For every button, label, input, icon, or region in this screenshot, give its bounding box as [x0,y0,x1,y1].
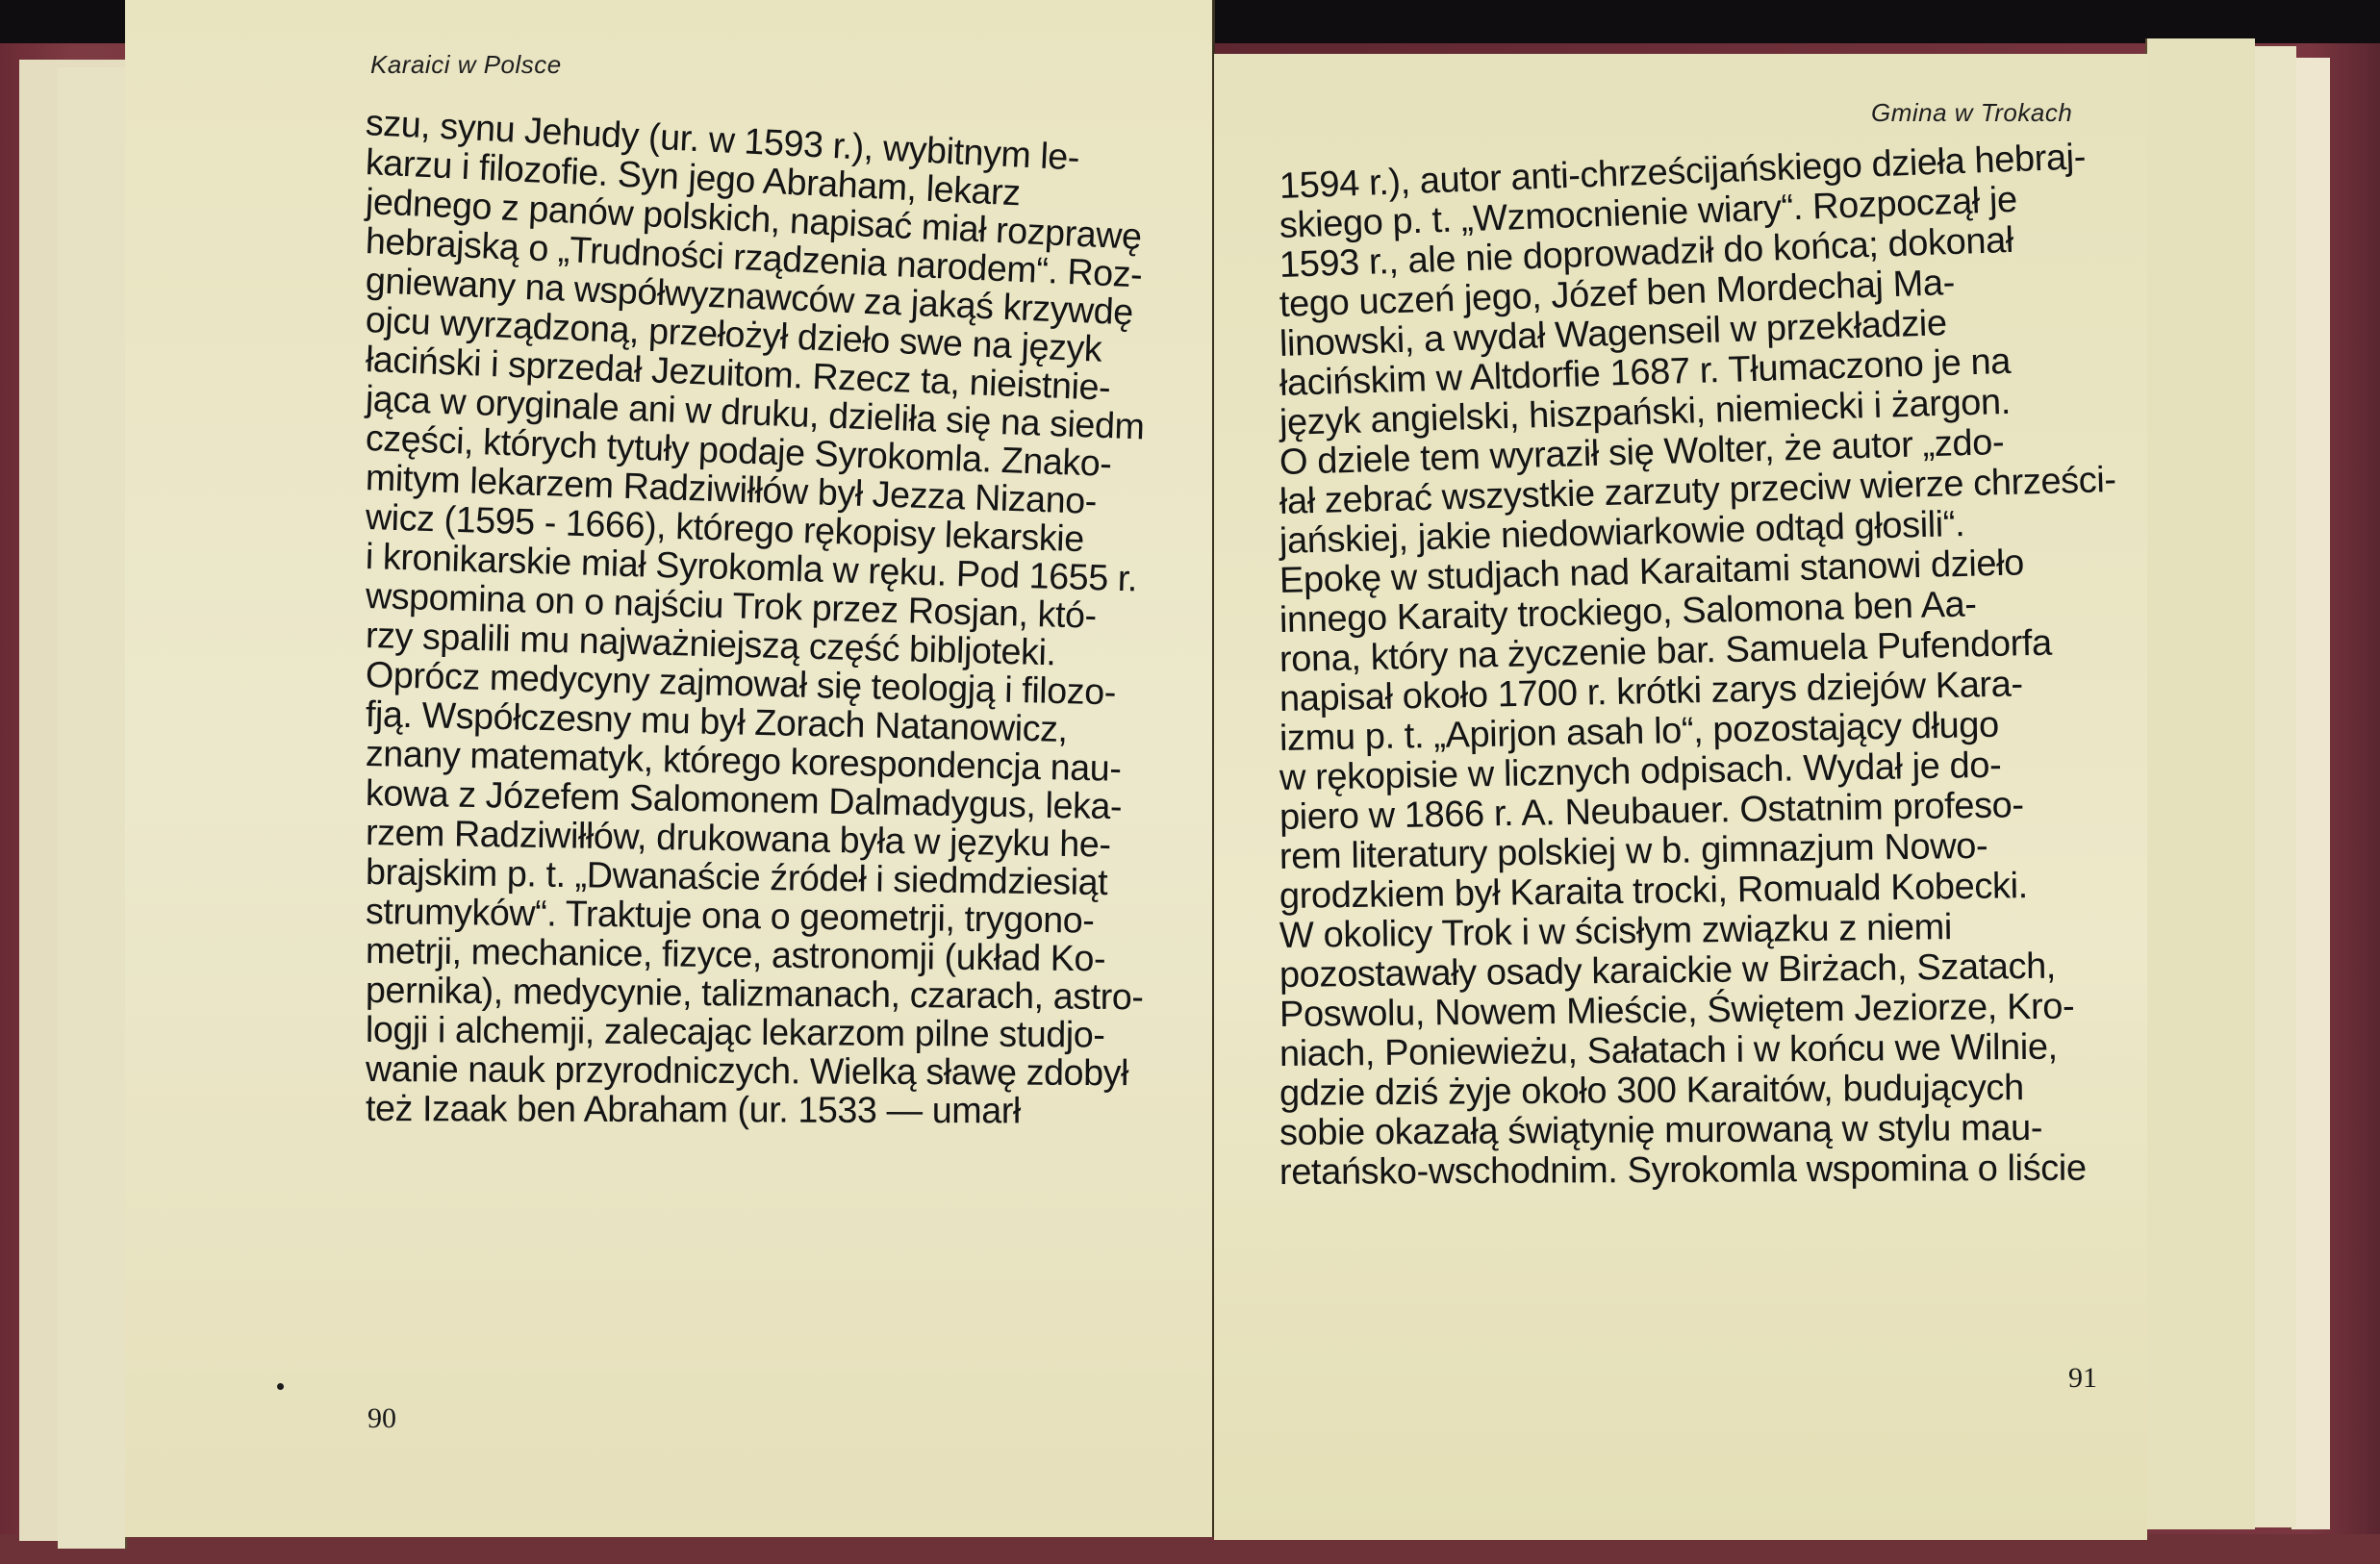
right-page-edges-inner [2145,38,2255,1529]
left-page-body: szu, synu Jehudy (ur. w 1593 r.), wybitn… [366,104,1318,1129]
text-line: też Izaak ben Abraham (ur. 1533 — umarł [366,1090,1308,1132]
right-page-body: 1594 r.), autor anti-chrześcijańskiego d… [1279,167,2145,1193]
text-line: retańsko-wschodnim. Syrokomla wspomina o… [1279,1148,2145,1193]
left-running-head: Karaici w Polsce [370,50,562,80]
right-page-edges-mid [2251,46,2296,1527]
left-page: Karaici w Polsce szu, synu Jehudy (ur. w… [125,0,1215,1537]
text-line: wanie nauk przyrodniczych. Wielką sławę … [366,1050,1308,1095]
right-page: Gmina w Trokach 1594 r.), autor anti-chr… [1214,54,2147,1540]
left-page-edges-inner [58,67,127,1549]
right-running-head: Gmina w Trokach [1871,98,2072,128]
text-line: gdzie dziś żyje około 300 Karaitów, budu… [1279,1068,2145,1114]
right-page-number: 91 [2068,1362,2097,1395]
ink-speck [277,1383,284,1390]
left-page-number: 90 [367,1402,396,1435]
text-line: sobie okazałą świątynię murowaną w stylu… [1279,1108,2145,1153]
